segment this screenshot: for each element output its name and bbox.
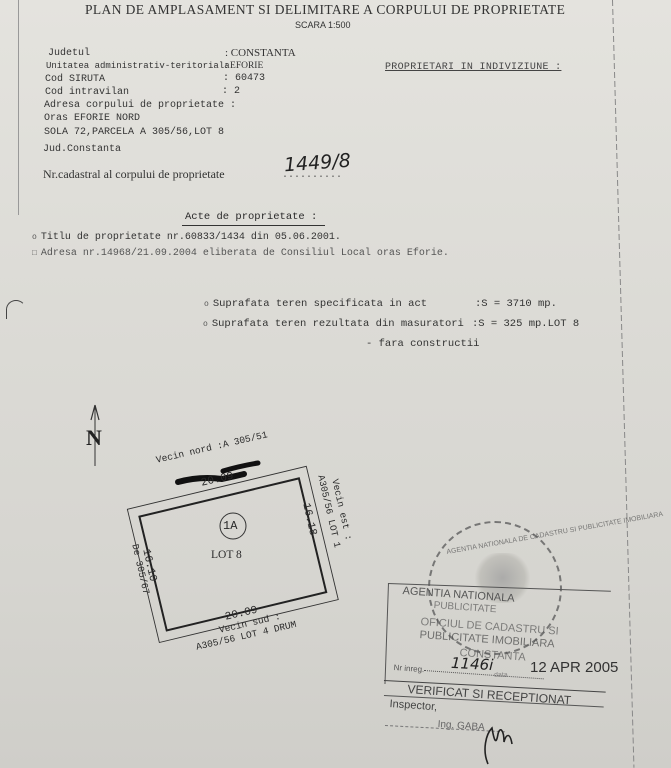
- lot-label: LOT 8: [211, 549, 242, 561]
- north-label: N: [86, 425, 102, 451]
- signature-icon: [480, 720, 520, 768]
- parcel-id: 1A: [223, 519, 237, 533]
- date-label: data: [494, 672, 508, 679]
- registration-number-handwritten: 1146i: [451, 654, 494, 674]
- registration-date: 12 APR 2005: [530, 659, 618, 676]
- redaction-mark: [223, 463, 258, 471]
